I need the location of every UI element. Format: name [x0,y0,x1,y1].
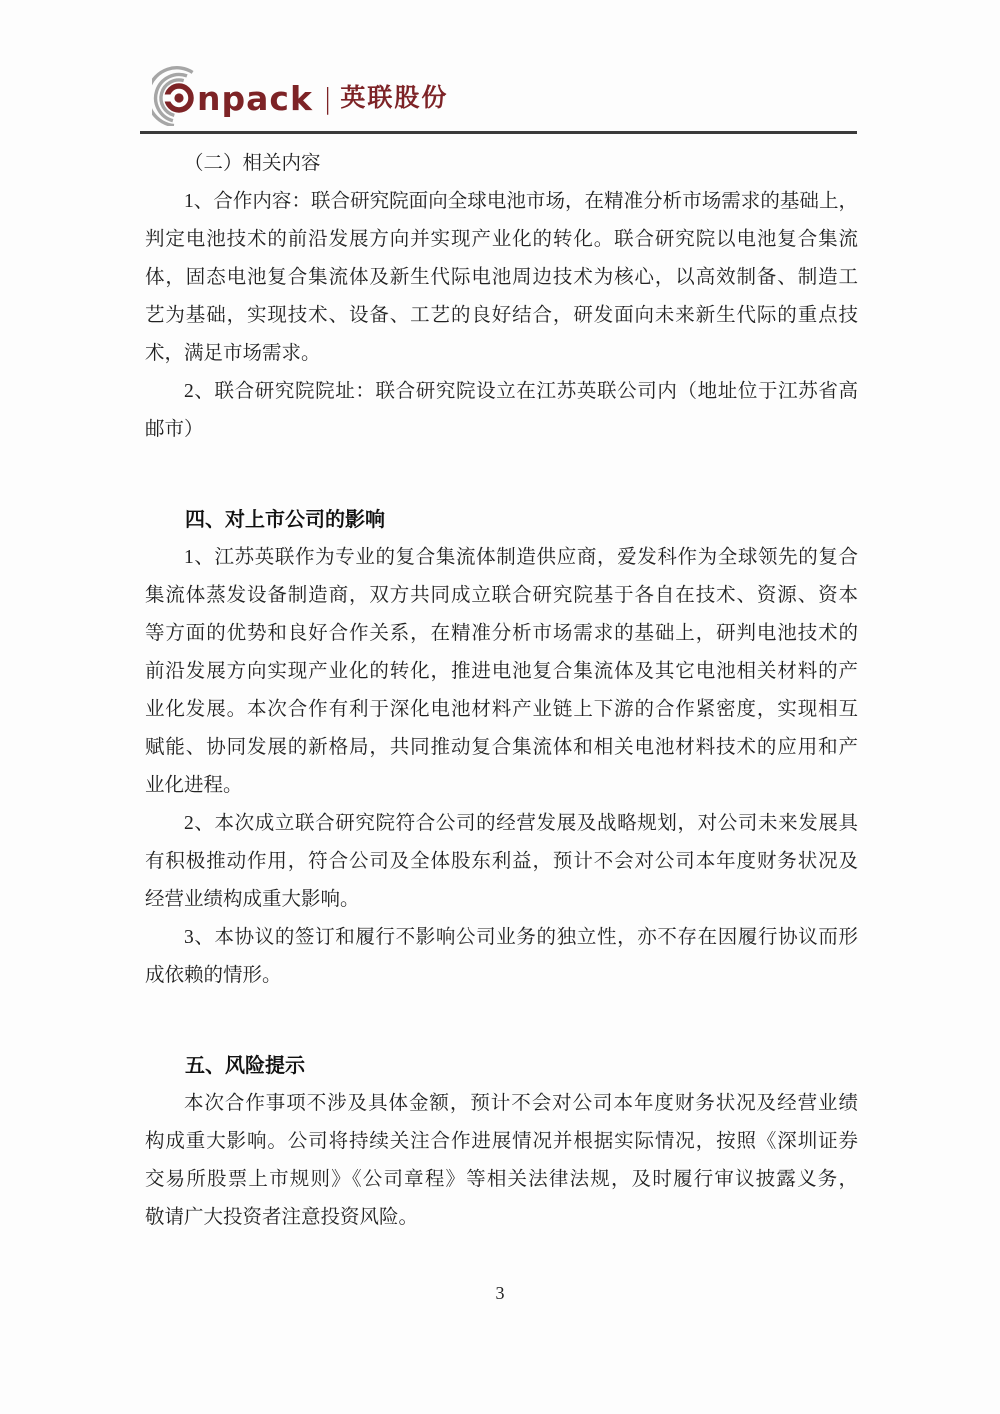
document-page: npack|英联股份 （二）相关内容1、合作内容：联合研究院面向全球电池市场，在… [0,0,1000,1414]
text-line: 敬请广大投资者注意投资风险。 [145,1199,858,1237]
text-line: 1、合作内容：联合研究院面向全球电池市场，在精准分析市场需求的基础上， [145,183,858,221]
text-line: 赋能、协同发展的新格局，共同推动复合集流体和相关电池材料技术的应用和产 [145,729,858,767]
paragraph: 3、本协议的签订和履行不影响公司业务的独立性，亦不存在因履行协议而形成依赖的情形… [145,919,858,995]
logo-wordmark: npack [197,79,313,118]
paragraph: 1、江苏英联作为专业的复合集流体制造供应商，爱发科作为全球领先的复合集流体蒸发设… [145,539,858,805]
document-body: （二）相关内容1、合作内容：联合研究院面向全球电池市场，在精准分析市场需求的基础… [145,145,858,1237]
text-line: 交易所股票上市规则》《公司章程》等相关法律法规，及时履行审议披露义务， [145,1161,858,1199]
section-heading: 四、对上市公司的影响 [145,501,858,539]
section-heading: （二）相关内容 [145,145,858,183]
text-line: 艺为基础，实现技术、设备、工艺的良好结合，研发面向未来新生代际的重点技 [145,297,858,335]
page-number: 3 [0,1283,1000,1304]
text-line: 1、江苏英联作为专业的复合集流体制造供应商，爱发科作为全球领先的复合 [145,539,858,577]
text-line: 业化发展。本次合作有利于深化电池材料产业链上下游的合作紧密度，实现相互 [145,691,858,729]
text-line: 2、联合研究院院址：联合研究院设立在江苏英联公司内（地址位于江苏省高 [145,373,858,411]
text-line: 本次合作事项不涉及具体金额，预计不会对公司本年度财务状况及经营业绩 [145,1085,858,1123]
text-line: 经营业绩构成重大影响。 [145,881,858,919]
text-line: 等方面的优势和良好合作关系，在精准分析市场需求的基础上，研判电池技术的 [145,615,858,653]
logo-separator: | [323,82,332,115]
paragraph: 本次合作事项不涉及具体金额，预计不会对公司本年度财务状况及经营业绩构成重大影响。… [145,1085,858,1237]
text-line: 业化进程。 [145,767,858,805]
text-line: 术，满足市场需求。 [145,335,858,373]
paragraph: 1、合作内容：联合研究院面向全球电池市场，在精准分析市场需求的基础上，判定电池技… [145,183,858,373]
paragraph: 2、联合研究院院址：联合研究院设立在江苏英联公司内（地址位于江苏省高邮市） [145,373,858,449]
text-line: 邮市） [145,411,858,449]
text-line: 集流体蒸发设备制造商，双方共同成立联合研究院基于各自在技术、资源、资本 [145,577,858,615]
section-heading: 五、风险提示 [145,1047,858,1085]
paragraph: 2、本次成立联合研究院符合公司的经营发展及战略规划，对公司未来发展具有积极推动作… [145,805,858,919]
text-line: 判定电池技术的前沿发展方向并实现产业化的转化。联合研究院以电池复合集流 [145,221,858,259]
text-line: 2、本次成立联合研究院符合公司的经营发展及战略规划，对公司未来发展具 [145,805,858,843]
logo-company-name-cn: 英联股份 [340,83,448,112]
text-line: 构成重大影响。公司将持续关注合作进展情况并根据实际情况，按照《深圳证券 [145,1123,858,1161]
text-line: 成依赖的情形。 [145,957,858,995]
text-line: 体，固态电池复合集流体及新生代际电池周边技术为核心，以高效制备、制造工 [145,259,858,297]
text-line: 3、本协议的签订和履行不影响公司业务的独立性，亦不存在因履行协议而形 [145,919,858,957]
header-divider [140,131,857,134]
text-line: 前沿发展方向实现产业化的转化，推进电池复合集流体及其它电池相关材料的产 [145,653,858,691]
company-logo: npack|英联股份 [152,62,572,126]
text-line: 有积极推动作用，符合公司及全体股东利益，预计不会对公司本年度财务状况及 [145,843,858,881]
